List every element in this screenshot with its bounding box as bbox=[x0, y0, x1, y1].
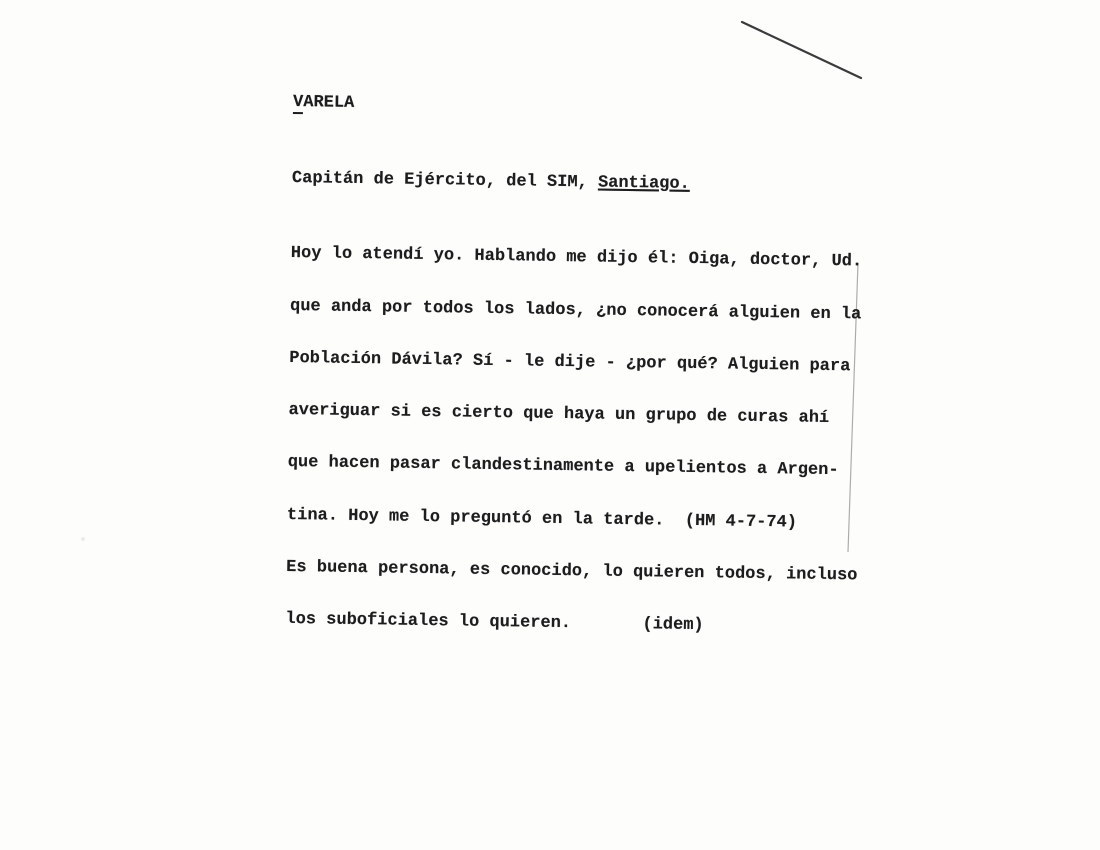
typewritten-line-6: tina. Hoy me lo preguntó en la tarde. (H… bbox=[287, 507, 858, 533]
line-capitan-prefix: Capitán de Ejército, del SIM, bbox=[292, 169, 598, 193]
document-title: VARELA bbox=[293, 94, 865, 122]
typewritten-line-7: Es buena persona, es conocido, lo quiere… bbox=[286, 559, 857, 585]
typewritten-line-1: Hoy lo atendí yo. Hablando me dijo él: O… bbox=[291, 245, 862, 271]
typewritten-line-2: que anda por todos los lados, ¿no conoce… bbox=[290, 298, 861, 324]
typewritten-line-5: que hacen pasar clandestinamente a upeli… bbox=[288, 454, 859, 480]
title-rest: ARELA bbox=[303, 93, 354, 113]
typewritten-line-3: Población Dávila? Sí - le dije - ¿por qu… bbox=[289, 350, 860, 376]
paper-speck bbox=[81, 537, 85, 541]
title-first-letter: V bbox=[293, 94, 303, 114]
typewritten-line-8: los suboficiales lo quieren. (idem) bbox=[285, 611, 856, 637]
scanned-document-page: VARELA Capitán de Ejército, del SIM, San… bbox=[0, 0, 1100, 850]
santiago-underlined: Santiago. bbox=[598, 173, 690, 193]
typewritten-line-4: averiguar si es cierto que haya un grupo… bbox=[288, 402, 859, 428]
typewritten-line-capitan: Capitán de Ejército, del SIM, Santiago. bbox=[292, 170, 863, 196]
typewritten-text-block: VARELA Capitán de Ejército, del SIM, San… bbox=[285, 42, 866, 689]
